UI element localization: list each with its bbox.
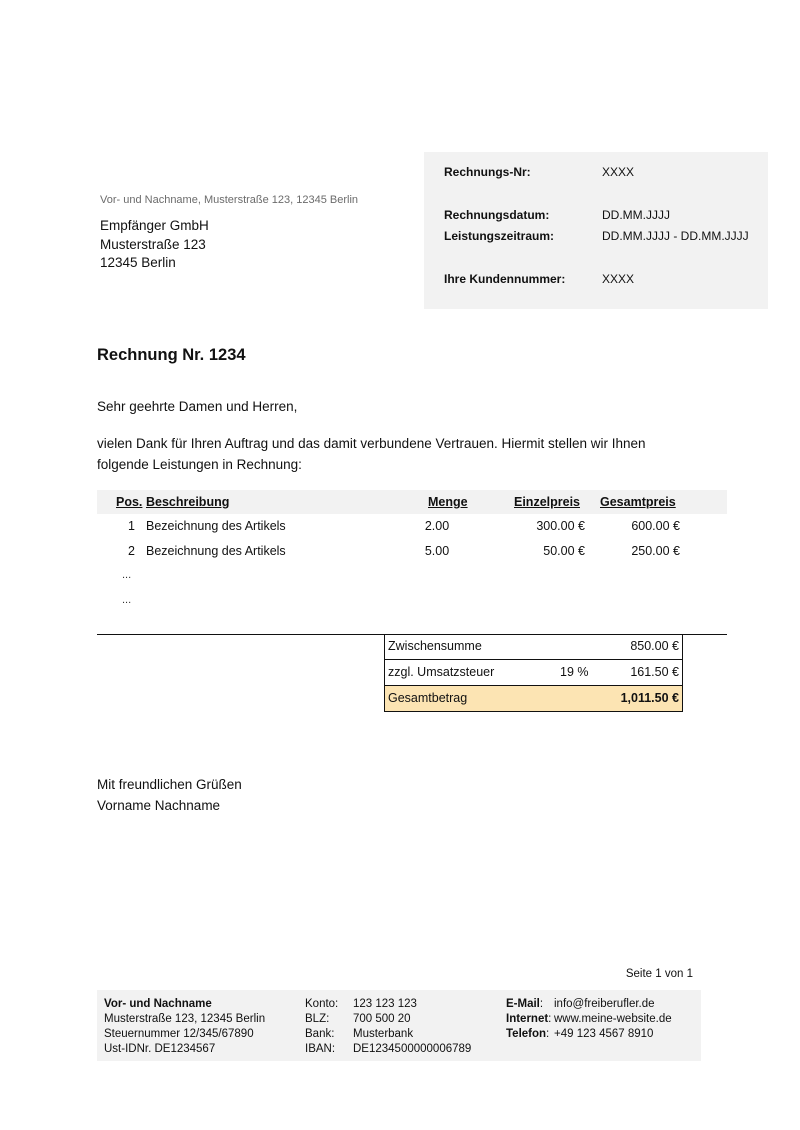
- account-label: Konto:: [305, 997, 338, 1012]
- row-description: Bezeichnung des Artikels: [146, 519, 286, 533]
- service-period-label: Leistungszeitraum:: [444, 229, 554, 243]
- footer-vat-id: Ust-IDNr. DE1234567: [104, 1042, 265, 1057]
- greeting: Sehr geehrte Damen und Herren,: [97, 399, 297, 414]
- email-label: E-Mail: [506, 998, 540, 1010]
- customer-number-value: XXXX: [602, 272, 634, 286]
- account-value: 123 123 123: [353, 997, 471, 1012]
- totals-box: Zwischensumme 850.00 € zzgl. Umsatzsteue…: [384, 634, 683, 712]
- closing: Mit freundlichen Grüßen Vorname Nachname: [97, 774, 242, 816]
- footer-contact-labels: E-Mail: Internet: Telefon:: [506, 997, 551, 1042]
- bank-value: Musterbank: [353, 1027, 471, 1042]
- blz-value: 700 500 20: [353, 1012, 471, 1027]
- footer-contact-values: info@freiberufler.de www.meine-website.d…: [554, 997, 672, 1042]
- column-header-total-price: Gesamtpreis: [600, 495, 676, 509]
- recipient-street: Musterstraße 123: [100, 236, 209, 255]
- closing-signature: Vorname Nachname: [97, 795, 242, 816]
- column-header-unit-price: Einzelpreis: [514, 495, 580, 509]
- table-row: 2 Bezeichnung des Artikels 5.00 50.00 € …: [97, 540, 727, 564]
- invoice-number-value: XXXX: [602, 165, 634, 179]
- column-header-pos: Pos.: [116, 495, 142, 509]
- tax-rate: 19 %: [560, 665, 589, 679]
- invoice-title: Rechnung Nr. 1234: [97, 346, 246, 365]
- invoice-info-box: Rechnungs-Nr: XXXX Rechnungsdatum: DD.MM…: [424, 152, 768, 309]
- email-link[interactable]: info@freiberufler.de: [554, 997, 672, 1012]
- recipient-name: Empfänger GmbH: [100, 217, 209, 236]
- phone-label: Telefon: [506, 1028, 546, 1040]
- footer-tax-number: Steuernummer 12/345/67890: [104, 1027, 265, 1042]
- items-table-header: Pos. Beschreibung Menge Einzelpreis Gesa…: [97, 490, 727, 514]
- grand-total-row: Gesamtbetrag 1,011.50 €: [385, 685, 682, 711]
- iban-label: IBAN:: [305, 1042, 338, 1057]
- subtotal-row: Zwischensumme 850.00 €: [385, 634, 682, 659]
- row-ellipsis: ...: [122, 569, 131, 581]
- footer-bank-values: 123 123 123 700 500 20 Musterbank DE1234…: [353, 997, 471, 1057]
- tax-label: zzgl. Umsatzsteuer: [388, 665, 494, 679]
- invoice-date-label: Rechnungsdatum:: [444, 208, 549, 222]
- row-ellipsis: ...: [122, 594, 131, 606]
- intro-line-1: vielen Dank für Ihren Auftrag und das da…: [97, 433, 697, 454]
- footer-name: Vor- und Nachname: [104, 997, 265, 1012]
- blz-label: BLZ:: [305, 1012, 338, 1027]
- row-pos: 2: [97, 544, 135, 558]
- footer: Vor- und Nachname Musterstraße 123, 1234…: [97, 990, 701, 1061]
- invoice-date-value: DD.MM.JJJJ: [602, 208, 670, 222]
- row-total-price: 600.00 €: [597, 519, 680, 533]
- row-unit-price: 300.00 €: [497, 519, 585, 533]
- grand-total-label: Gesamtbetrag: [388, 691, 467, 705]
- row-total-price: 250.00 €: [597, 544, 680, 558]
- recipient-address: Empfänger GmbH Musterstraße 123 12345 Be…: [100, 217, 209, 273]
- tax-row: zzgl. Umsatzsteuer 19 % 161.50 €: [385, 659, 682, 685]
- row-quantity: 5.00: [397, 544, 477, 558]
- column-header-quantity: Menge: [428, 495, 468, 509]
- recipient-city: 12345 Berlin: [100, 254, 209, 273]
- grand-total-value: 1,011.50 €: [621, 691, 679, 705]
- intro-text: vielen Dank für Ihren Auftrag und das da…: [97, 433, 697, 475]
- column-header-description: Beschreibung: [146, 495, 229, 509]
- customer-number-label: Ihre Kundennummer:: [444, 272, 565, 286]
- website-link[interactable]: www.meine-website.de: [554, 1012, 672, 1027]
- table-row: 1 Bezeichnung des Artikels 2.00 300.00 €…: [97, 515, 727, 539]
- row-unit-price: 50.00 €: [497, 544, 585, 558]
- internet-label: Internet: [506, 1013, 548, 1025]
- iban-value: DE1234500000006789: [353, 1042, 471, 1057]
- service-period-value: DD.MM.JJJJ - DD.MM.JJJJ: [602, 229, 749, 243]
- row-description: Bezeichnung des Artikels: [146, 544, 286, 558]
- invoice-number-label: Rechnungs-Nr:: [444, 165, 531, 179]
- subtotal-label: Zwischensumme: [388, 639, 482, 653]
- phone-value: +49 123 4567 8910: [554, 1027, 672, 1042]
- subtotal-value: 850.00 €: [630, 639, 679, 653]
- bank-label: Bank:: [305, 1027, 338, 1042]
- footer-company: Vor- und Nachname Musterstraße 123, 1234…: [104, 997, 265, 1057]
- row-quantity: 2.00: [397, 519, 477, 533]
- row-pos: 1: [97, 519, 135, 533]
- footer-bank-labels: Konto: BLZ: Bank: IBAN:: [305, 997, 338, 1057]
- tax-value: 161.50 €: [630, 665, 679, 679]
- sender-return-address: Vor- und Nachname, Musterstraße 123, 123…: [100, 194, 358, 206]
- page-number: Seite 1 von 1: [600, 968, 693, 980]
- intro-line-2: folgende Leistungen in Rechnung:: [97, 454, 697, 475]
- closing-regards: Mit freundlichen Grüßen: [97, 774, 242, 795]
- footer-address: Musterstraße 123, 12345 Berlin: [104, 1012, 265, 1027]
